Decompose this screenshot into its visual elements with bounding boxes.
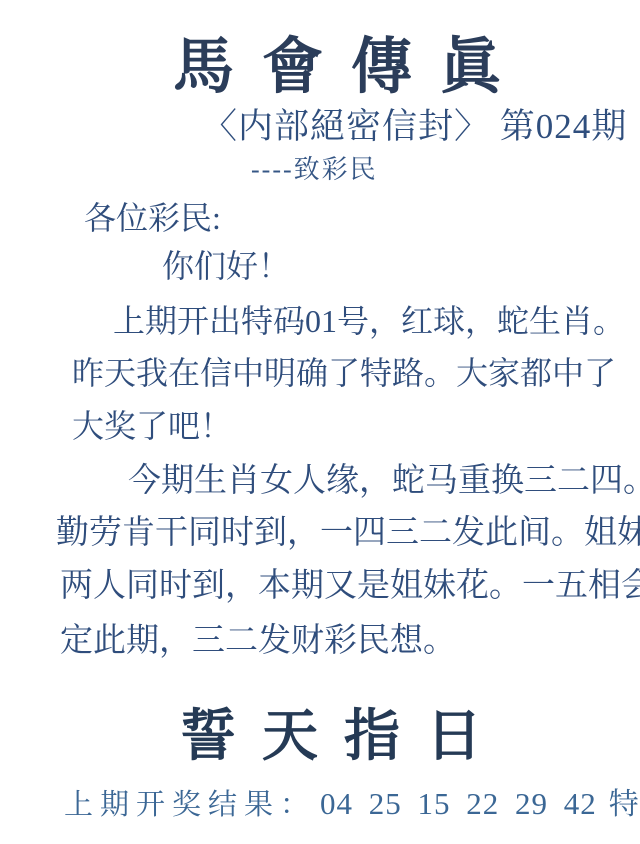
result-label: 上期开奖结果： <box>64 789 316 821</box>
paragraph1-line3: 大奖了吧！ <box>72 407 232 445</box>
paragraph1-line1: 上期开出特码01号，红球，蛇生肖。 <box>113 302 625 340</box>
paragraph1-line2: 昨天我在信中明确了特路。大家都中了 <box>72 354 616 392</box>
greeting: 你们好！ <box>162 247 290 285</box>
previous-draw-result: 上期开奖结果：04 25 15 22 29 42特01 <box>64 779 640 823</box>
fax-letter-page: 馬會傳眞 〈内部絕密信封〉 第024期 ----致彩民 各位彩民: 你们好！ 上… <box>0 0 640 844</box>
paragraph2-line1: 今期生肖女人缘，蛇马重换三二四。 <box>128 462 640 502</box>
paragraph2-line2: 勤劳肯干同时到，一四三二发此间。姐妹 <box>56 514 640 554</box>
masthead-title: 馬會傳眞 <box>0 18 640 105</box>
paragraph2-line3: 两人同时到，本期又是姐妹花。一五相会 <box>60 567 640 607</box>
salutation: 各位彩民: <box>84 199 221 237</box>
paragraph2-line4: 定此期，三二发财彩民想。 <box>60 622 456 662</box>
result-numbers: 04 25 15 22 29 42 <box>320 786 597 821</box>
result-special-number: 特01 <box>609 788 640 821</box>
oath-heading: 誓天指日 <box>0 692 640 772</box>
issue-subtitle: 〈内部絕密信封〉 第024期 <box>202 99 627 149</box>
dedication-line: ----致彩民 <box>251 149 378 186</box>
